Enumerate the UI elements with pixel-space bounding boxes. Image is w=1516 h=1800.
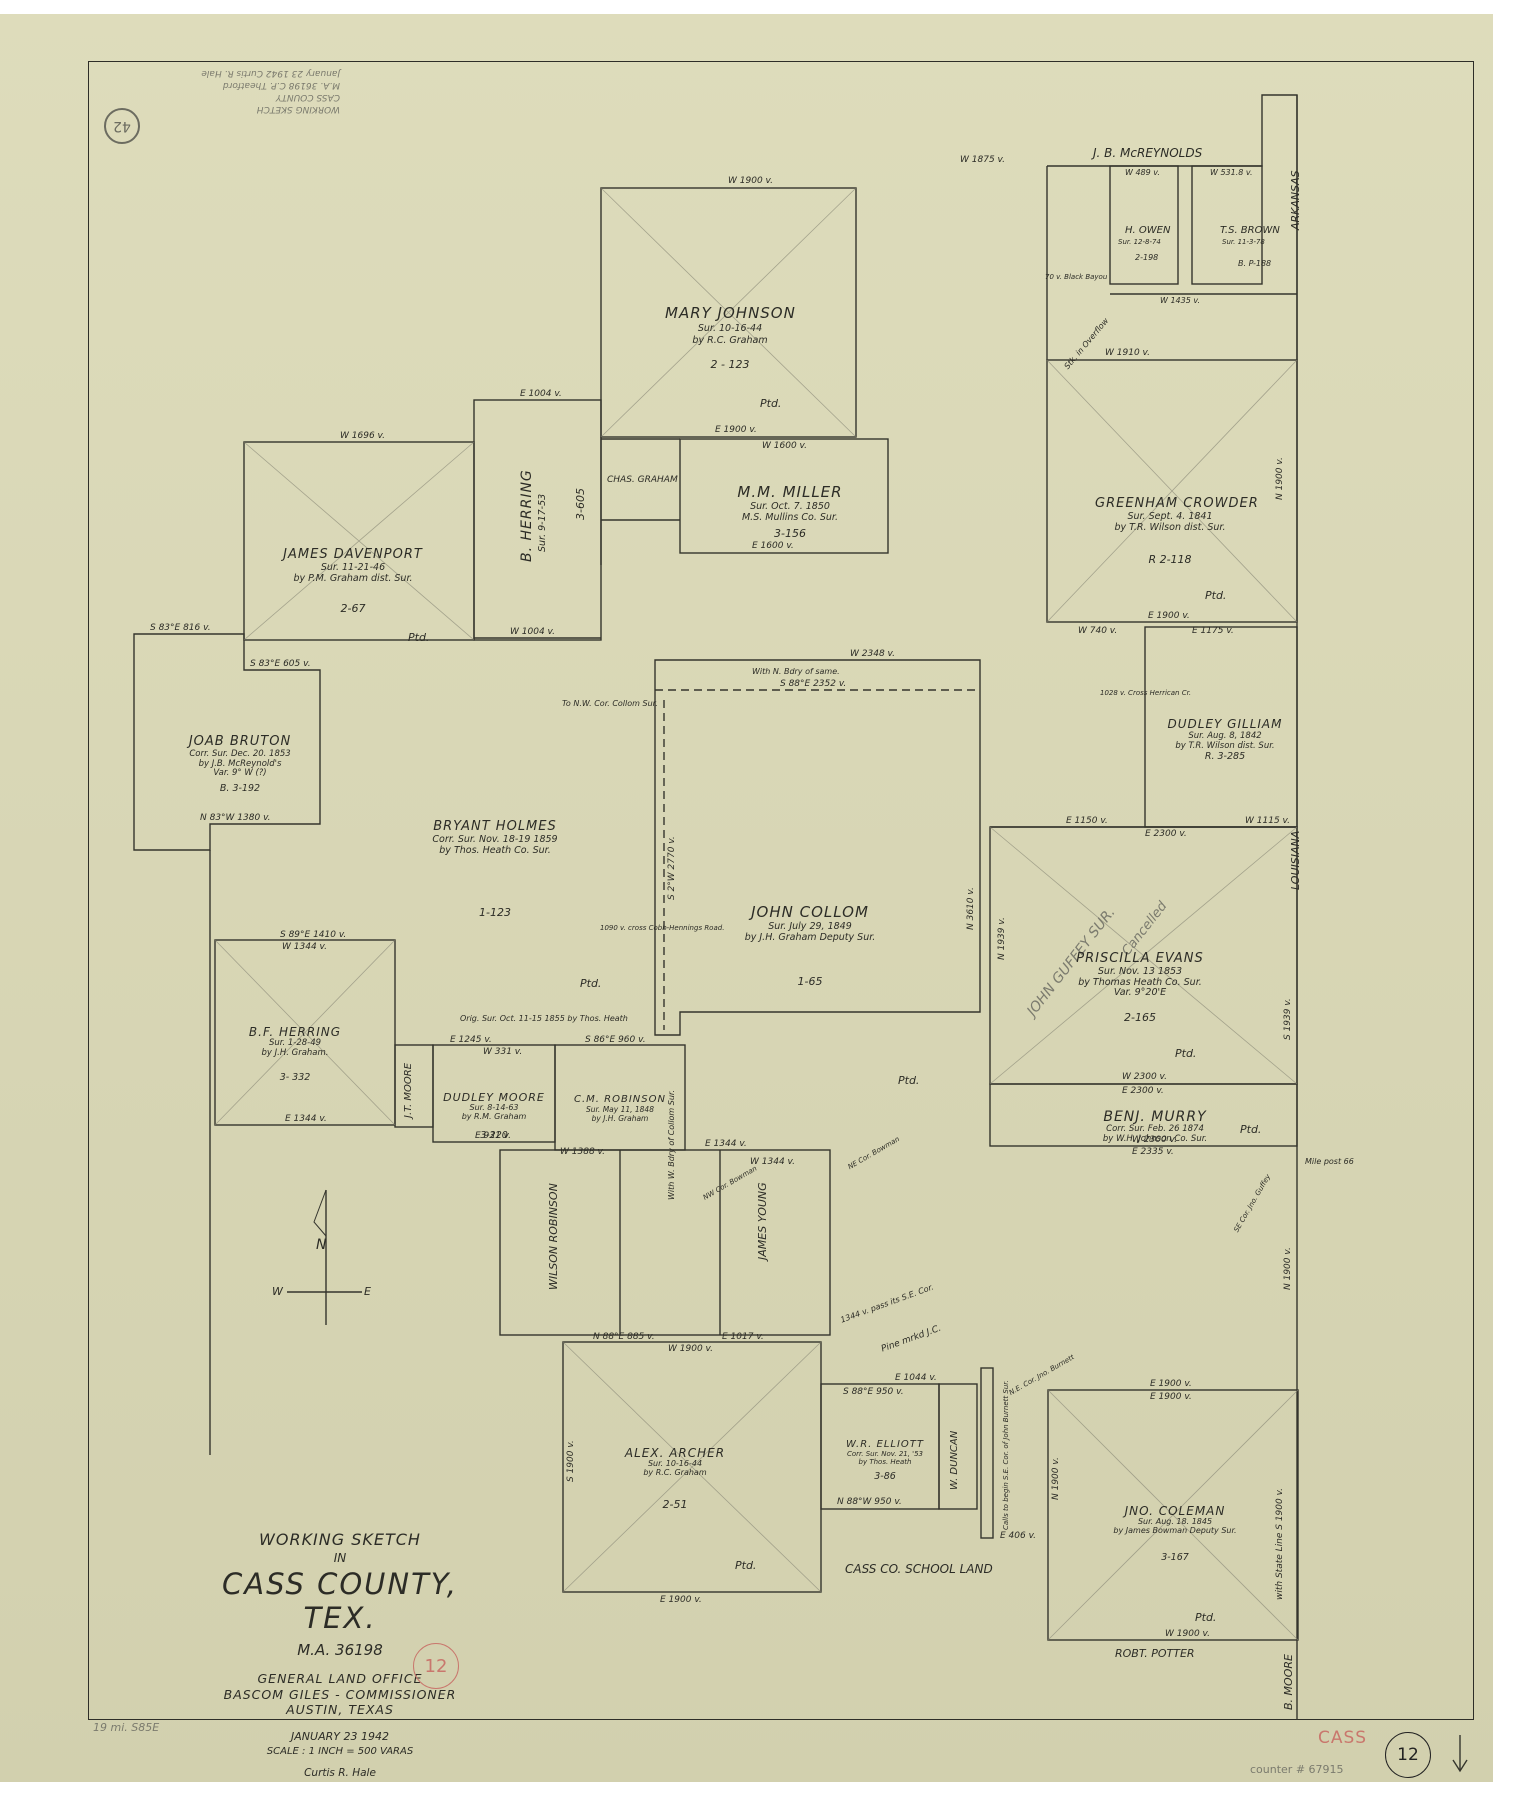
call-ho-top: W 489 v. xyxy=(1125,169,1160,177)
status-patented: Ptd. xyxy=(580,978,601,989)
survey-name: ALEX. ARCHER xyxy=(620,1447,730,1459)
survey-name: JAMES DAVENPORT xyxy=(278,548,428,561)
title-line1: WORKING SKETCH xyxy=(180,1530,500,1549)
abstract-number: 3-86 xyxy=(835,1472,935,1482)
status-patented: Ptd. xyxy=(1195,1612,1216,1623)
note-collom-n-bdry: With N. Bdry of same. xyxy=(752,668,840,676)
call-bh-bottom: W 1004 v. xyxy=(510,628,555,637)
survey-name: C.M. ROBINSON xyxy=(570,1095,670,1105)
counter-number: counter # 67915 xyxy=(1250,1764,1344,1775)
call-wre-bottom: N 88°W 950 v. xyxy=(837,1498,902,1507)
label-robt-potter: ROBT. POTTER xyxy=(1115,1648,1195,1659)
status-patented: Ptd. xyxy=(1175,1048,1196,1059)
call-mm-bottom: E 1600 v. xyxy=(752,542,794,551)
survey-surveyor: by R.M. Graham xyxy=(438,1113,550,1121)
label-louisiana: LOUISIANA xyxy=(1290,831,1301,890)
call-w1910: W 1910 v. xyxy=(1105,349,1150,358)
survey-surveyor: by T.R. Wilson dist. Sur. xyxy=(1095,523,1245,533)
survey-bryant-holmes: BRYANT HOLMES Corr. Sur. Nov. 18-19 1859… xyxy=(420,820,570,918)
call-jnc-e406: E 406 v. xyxy=(1000,1532,1036,1541)
call-bh-top: E 1004 v. xyxy=(520,390,562,399)
compass-east-label: E xyxy=(364,1286,371,1297)
label-chas-graham: CHAS. GRAHAM xyxy=(607,476,678,485)
note-herrican-cr: 1028 v. Cross Herrican Cr. xyxy=(1100,690,1191,697)
survey-h-owen-abstract: 2-198 xyxy=(1135,254,1158,262)
call-tsb-top: W 531.8 v. xyxy=(1210,169,1253,177)
survey-date: Sur. May 11, 1848 xyxy=(570,1106,670,1114)
title-scale: SCALE : 1 INCH = 500 VARAS xyxy=(180,1746,500,1757)
survey-priscilla-evans: PRISCILLA EVANS Sur. Nov. 13 1853 by Tho… xyxy=(1060,952,1220,1023)
call-bm-bottom: W 2300 v. xyxy=(1132,1136,1177,1145)
call-dg-w1115: W 1115 v. xyxy=(1245,817,1290,826)
survey-name: MARY JOHNSON xyxy=(665,306,795,321)
survey-name: BENJ. MURRY xyxy=(1080,1110,1230,1124)
survey-jno-coleman: JNO. COLEMAN Sur. Aug. 18. 1845 by James… xyxy=(1095,1505,1255,1563)
call-w1344: W 1344 v. xyxy=(750,1158,795,1167)
call-mcr-top: W 1875 v. xyxy=(960,156,1005,165)
survey-surveyor: by T.R. Wilson dist. Sur. xyxy=(1160,742,1290,751)
abstract-number: 1-123 xyxy=(420,907,570,918)
stamp-line2: M.A. 36198 C.P. Theatford xyxy=(100,80,340,89)
survey-surveyor: by James Bowman Deputy Sur. xyxy=(1095,1527,1255,1535)
survey-mm-miller: M.M. MILLER Sur. Oct. 7. 1850 M.S. Mulli… xyxy=(725,485,855,539)
title-draftsman: Curtis R. Hale xyxy=(180,1767,500,1779)
circled-sheet-number: 12 xyxy=(1385,1732,1431,1778)
survey-surveyor: by J.H. Graham. xyxy=(245,1049,345,1058)
call-bfh-top: S 89°E 1410 v. xyxy=(280,931,346,940)
note-cobb-road: 1090 v. cross Cobb-Hennings Road. xyxy=(600,925,724,932)
survey-date: Sur. Aug. 8, 1842 xyxy=(1160,732,1290,741)
note-collom-w-bdry: With W. Bdry of Collom Sur. xyxy=(668,1090,676,1200)
survey-wr-elliott: W.R. ELLIOTT Corr. Sur. Nov. 21, '53 by … xyxy=(835,1440,935,1482)
note-orig-sur: Orig. Sur. Oct. 11-15 1855 by Thos. Heat… xyxy=(460,1015,628,1023)
call-gc-w740: W 740 v. xyxy=(1078,627,1117,636)
abstract-number: 2-67 xyxy=(278,603,428,614)
survey-surveyor: by Thos. Heath xyxy=(835,1459,935,1466)
survey-name: BRYANT HOLMES xyxy=(420,820,570,833)
abstract-number: R 2-118 xyxy=(1095,554,1245,565)
call-aa-bottom: E 1900 v. xyxy=(660,1596,702,1605)
call-jc-top2: S 88°E 2352 v. xyxy=(780,680,846,689)
abstract-number: 1-65 xyxy=(735,976,885,987)
survey-date: Sur. Sept. 4. 1841 xyxy=(1095,512,1245,522)
title-date: JANUARY 23 1942 xyxy=(180,1730,500,1743)
call-mj-bottom: E 1900 v. xyxy=(715,426,757,435)
survey-name: JOAB BRUTON xyxy=(170,735,310,748)
survey-wilson-robinson: WILSON ROBINSON xyxy=(548,1183,559,1290)
call-bfh-top2: W 1344 v. xyxy=(282,943,327,952)
call-e1344: E 1344 v. xyxy=(705,1140,747,1149)
label-b-moore: B. MOORE xyxy=(1283,1654,1294,1710)
stamp-circle-number: 42 xyxy=(104,108,140,144)
red-county-note: CASS xyxy=(1318,1730,1367,1747)
call-pe-bottom: W 2300 v. xyxy=(1122,1073,1167,1082)
label-mcreynolds: J. B. McREYNOLDS xyxy=(1093,147,1202,159)
survey-date: Corr. Sur. Dec. 20. 1853 xyxy=(170,750,310,759)
survey-date: Sur. 10-16-44 xyxy=(620,1460,730,1468)
call-east-n1900b: N 1900 v. xyxy=(1284,1247,1293,1290)
compass-north-label: N xyxy=(316,1238,326,1252)
survey-date: Sur. Nov. 13 1853 xyxy=(1060,967,1220,977)
call-jb-mid: S 83°E 605 v. xyxy=(250,660,311,669)
survey-ts-brown-abstract: B. P-188 xyxy=(1238,260,1271,268)
title-line2: IN xyxy=(180,1551,500,1565)
survey-date: Sur. 1-28-49 xyxy=(245,1039,345,1048)
survey-surveyor: M.S. Mullins Co. Sur. xyxy=(725,513,855,523)
call-w1388: W 1388 v. xyxy=(560,1148,605,1157)
survey-b-herring-date: Sur. 9-17-53 xyxy=(538,494,548,552)
survey-date: Sur. 10-16-44 xyxy=(665,324,795,334)
survey-alex-archer: ALEX. ARCHER Sur. 10-16-44 by R.C. Graha… xyxy=(620,1447,730,1510)
stamp-line4: WORKING SKETCH xyxy=(100,104,340,113)
status-patented: Ptd. xyxy=(735,1560,756,1571)
survey-variation: Var. 9°20'E xyxy=(1060,988,1220,998)
call-east-n1900: N 1900 v. xyxy=(1276,457,1285,500)
survey-date: Sur. 11-21-46 xyxy=(278,563,428,573)
note-nw-cor-collom: To N.W. Cor. Collom Sur. xyxy=(562,700,658,708)
survey-surveyor: by Thomas Heath Co. Sur. xyxy=(1060,978,1220,988)
abstract-number: B. 3-192 xyxy=(170,784,310,794)
survey-name: PRISCILLA EVANS xyxy=(1060,952,1220,965)
survey-cm-robinson: C.M. ROBINSON Sur. May 11, 1848 by J.H. … xyxy=(570,1095,670,1122)
survey-date: Corr. Sur. Feb. 26 1874 xyxy=(1080,1125,1230,1134)
compass-west-label: W xyxy=(272,1286,283,1297)
call-jd-top: W 1696 v. xyxy=(340,432,385,441)
survey-bf-herring: B.F. HERRING Sur. 1-28-49 by J.H. Graham… xyxy=(245,1026,345,1083)
survey-name: M.M. MILLER xyxy=(725,485,855,500)
survey-variation: Var. 9° W (?) xyxy=(170,769,310,778)
survey-ts-brown: T.S. BROWN xyxy=(1220,226,1280,236)
survey-dudley-gilliam: DUDLEY GILLIAM Sur. Aug. 8, 1842 by T.R.… xyxy=(1160,718,1290,762)
survey-h-owen: H. OWEN xyxy=(1125,226,1170,236)
abstract-number: 3-156 xyxy=(725,528,855,539)
call-pe-left: N 1939 v. xyxy=(998,917,1007,960)
call-jb-bottom: N 83°W 1380 v. xyxy=(200,814,271,823)
survey-james-young: JAMES YOUNG xyxy=(757,1182,768,1260)
survey-name: JNO. COLEMAN xyxy=(1095,1505,1255,1517)
call-bfh-bottom: E 1344 v. xyxy=(285,1115,327,1124)
call-dm-top2: W 331 v. xyxy=(483,1048,522,1057)
survey-james-davenport: JAMES DAVENPORT Sur. 11-21-46 by P.M. Gr… xyxy=(278,548,428,614)
survey-name: GREENHAM CROWDER xyxy=(1095,497,1245,510)
call-jnc-top: E 1900 v. xyxy=(1150,1380,1192,1389)
survey-mary-johnson: MARY JOHNSON Sur. 10-16-44 by R.C. Graha… xyxy=(665,306,795,370)
abstract-number: 3-167 xyxy=(1095,1553,1255,1563)
survey-date: Sur. Aug. 18. 1845 xyxy=(1095,1518,1255,1526)
survey-date: Corr. Sur. Nov. 21, '53 xyxy=(835,1451,935,1458)
call-gc-bottom: E 1900 v. xyxy=(1148,612,1190,621)
survey-surveyor: by J.B. McReynold's xyxy=(170,760,310,769)
stamp-line1: January 23 1942 Curtis R. Hale xyxy=(100,68,340,77)
title-location: AUSTIN, TEXAS xyxy=(180,1702,500,1718)
call-jnc-bottom: W 1900 v. xyxy=(1165,1630,1210,1639)
survey-name: W.R. ELLIOTT xyxy=(835,1440,935,1450)
call-jb-top: S 83°E 816 v. xyxy=(150,624,211,633)
stamp-line3: CASS COUNTY xyxy=(100,92,340,101)
call-aa-top3: E 1017 v. xyxy=(722,1333,764,1342)
survey-name: DUDLEY MOORE xyxy=(438,1092,550,1103)
label-school-land: CASS CO. SCHOOL LAND xyxy=(845,1563,993,1575)
note-mile-post: Mile post 66 xyxy=(1305,1158,1354,1166)
survey-date: Sur. July 29, 1849 xyxy=(735,922,885,932)
call-dg-bottom: E 1150 v. xyxy=(1066,817,1108,826)
survey-surveyor: by P.M. Graham dist. Sur. xyxy=(278,574,428,584)
call-east-s1939: S 1939 v. xyxy=(1284,998,1293,1040)
pencil-distance-note: 19 mi. S85E xyxy=(93,1722,159,1733)
survey-date: Sur. Oct. 7. 1850 xyxy=(725,502,855,512)
abstract-number: 2-165 xyxy=(1060,1012,1220,1023)
survey-jt-moore: J.T. MOORE xyxy=(404,1063,414,1118)
survey-b-herring-abstract: 3-605 xyxy=(575,488,586,520)
survey-date: Corr. Sur. Nov. 18-19 1859 xyxy=(420,835,570,845)
status-patented: Ptd. xyxy=(1205,590,1226,601)
status-patented: Ptd. xyxy=(760,398,781,409)
call-w1435: W 1435 v. xyxy=(1160,297,1200,305)
note-black-bayou: 70 v. Black Bayou xyxy=(1045,274,1107,281)
call-dm-bottom: E 931 v. xyxy=(475,1132,511,1141)
abstract-number: 2 - 123 xyxy=(665,359,795,370)
title-commissioner: BASCOM GILES - COMMISSIONER xyxy=(180,1687,500,1703)
call-jc-left: S 2°W 2770 v. xyxy=(668,836,677,900)
status-patented: Ptd. xyxy=(898,1075,919,1086)
call-pe-bottom2: E 2300 v. xyxy=(1122,1087,1164,1096)
abstract-number: 2-51 xyxy=(620,1499,730,1510)
survey-surveyor: by R.C. Graham xyxy=(620,1469,730,1477)
call-dm-top: E 1245 v. xyxy=(450,1036,492,1045)
survey-b-herring: B. HERRING xyxy=(520,469,534,562)
call-gc-e1175: E 1175 v. xyxy=(1192,627,1234,636)
abstract-number: 3- 332 xyxy=(245,1073,345,1083)
survey-name: JOHN COLLOM xyxy=(735,905,885,920)
call-aa-left: S 1900 v. xyxy=(567,1440,576,1482)
call-jc-right: N 3610 v. xyxy=(967,887,976,930)
survey-ts-brown-date: Sur. 11-3-78 xyxy=(1222,239,1265,246)
note-calls-burnett: Calls to begin S.E. Cor. of John Burnett… xyxy=(1003,1380,1010,1530)
call-jc-top: W 2348 v. xyxy=(850,650,895,659)
call-mm-top: W 1600 v. xyxy=(762,442,807,451)
call-dg-bottom2: E 2300 v. xyxy=(1145,830,1187,839)
call-wre-top: S 88°E 950 v. xyxy=(843,1388,904,1397)
reversed-stamp: WORKING SKETCH CASS COUNTY M.A. 36198 C.… xyxy=(100,68,340,113)
call-jnc-top2: E 1900 v. xyxy=(1150,1393,1192,1402)
call-wre-top2: E 1044 v. xyxy=(895,1374,937,1383)
survey-surveyor: by Thos. Heath Co. Sur. xyxy=(420,846,570,856)
survey-joab-bruton: JOAB BRUTON Corr. Sur. Dec. 20. 1853 by … xyxy=(170,735,310,793)
call-aa-top2: W 1900 v. xyxy=(668,1345,713,1354)
status-patented: Ptd. xyxy=(1240,1124,1261,1135)
survey-surveyor: by R.C. Graham xyxy=(665,336,795,346)
survey-surveyor: by J.H. Graham xyxy=(570,1115,670,1123)
survey-greenham-crowder: GREENHAM CROWDER Sur. Sept. 4. 1841 by T… xyxy=(1095,497,1245,565)
call-mj-top: W 1900 v. xyxy=(728,177,773,186)
survey-name: DUDLEY GILLIAM xyxy=(1160,718,1290,730)
red-circle-number: 12 xyxy=(413,1643,459,1689)
survey-w-duncan: W. DUNCAN xyxy=(950,1431,960,1490)
survey-date: Sur. 8-14-63 xyxy=(438,1104,550,1112)
label-arkansas: ARKANSAS xyxy=(1290,170,1301,230)
call-state-line: with State Line S 1900 v. xyxy=(1276,1488,1285,1600)
call-bm-bottom2: E 2335 v. xyxy=(1132,1148,1174,1157)
abstract-number: R. 3-285 xyxy=(1160,752,1290,762)
survey-john-collom: JOHN COLLOM Sur. July 29, 1849 by J.H. G… xyxy=(735,905,885,987)
call-aa-top: N 88°E 885 v. xyxy=(593,1333,655,1342)
title-county: CASS COUNTY, TEX. xyxy=(180,1567,500,1635)
survey-name: B.F. HERRING xyxy=(245,1026,345,1038)
survey-h-owen-date: Sur. 12-8-74 xyxy=(1118,239,1161,246)
status-patented: Ptd. xyxy=(408,632,429,643)
call-jnc-left: N 1900 v. xyxy=(1052,1457,1061,1500)
call-cmr-top: S 86°E 960 v. xyxy=(585,1036,646,1045)
survey-surveyor: by J.H. Graham Deputy Sur. xyxy=(735,933,885,943)
